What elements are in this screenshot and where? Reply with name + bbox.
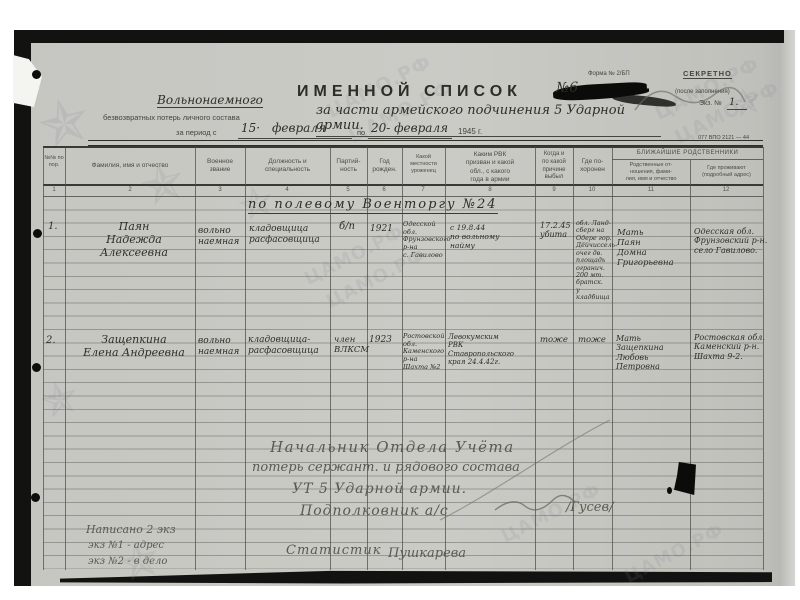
column-line xyxy=(65,147,66,570)
column-line xyxy=(43,147,44,570)
statistician-label: Статистик xyxy=(286,543,381,559)
period-year: 1945 г. xyxy=(458,127,482,137)
handwritten-category: Вольнонаемного xyxy=(157,93,263,108)
blank-line xyxy=(238,138,352,139)
ink-blot xyxy=(667,487,672,494)
row2-fate: тоже xyxy=(540,335,568,345)
row2-year: 1923 xyxy=(369,335,392,346)
form-number: Форма № 2/БП xyxy=(588,71,630,79)
row2-burial-place: тоже xyxy=(578,335,606,345)
column-line xyxy=(690,160,691,570)
row1-relative: Мать Паян Домна Григорьевна xyxy=(617,228,674,268)
column-header-5: Партий- ность xyxy=(331,158,366,175)
row1-drafted: с 19.8.44 по вольному найму xyxy=(450,224,500,251)
column-number: 6 xyxy=(375,187,393,193)
signature-stroke xyxy=(430,415,650,525)
signature-line-4: Подполковник а/с xyxy=(300,503,449,521)
scan-top-edge xyxy=(14,30,784,43)
statistician-name: Пушкарева xyxy=(388,546,466,562)
row1-party: б/п xyxy=(339,221,355,233)
row1-number: 1. xyxy=(48,221,58,233)
copies-note-line2: экз №1 - адрес xyxy=(88,540,164,553)
period-month-from: февраля xyxy=(272,121,326,135)
row2-duty: кладовщица- расфасовщица xyxy=(248,335,319,356)
column-header-1: №№ по пор. xyxy=(44,155,64,169)
column-number: 4 xyxy=(278,187,296,193)
column-number: 7 xyxy=(414,187,432,193)
scan-left-edge xyxy=(14,30,31,586)
column-header-7: Какой местности уроженец xyxy=(402,154,445,175)
list-number: №6 xyxy=(556,80,578,97)
column-number: 8 xyxy=(481,187,499,193)
column-number: 2 xyxy=(121,187,139,193)
row2-relative-address: Ростовская обл. Каменский р-н. Шахта 9-2… xyxy=(694,333,786,361)
blank-line xyxy=(368,138,452,139)
column-number: 1 xyxy=(45,187,63,193)
column-header-3: Военное звание xyxy=(196,158,244,175)
column-header-6: Год рожден. xyxy=(368,158,401,175)
row1-name: Паян Надежда Алексеевна xyxy=(72,221,196,260)
row1-birthplace: Одесской обл. Фрунзовского р-на с. Гавил… xyxy=(403,221,445,259)
column-header-4: Должность и специальность xyxy=(246,158,329,175)
table-header-underline xyxy=(43,184,763,186)
punch-hole xyxy=(32,363,41,372)
subtitle-handwritten: за части армейского подчинения 5 Ударной… xyxy=(316,103,661,137)
column-number: 12 xyxy=(717,187,735,193)
row2-birthplace: Ростовской обл. Каменского р-на Шахта №2 xyxy=(403,333,445,371)
period-to-value: 20- февраля xyxy=(371,121,448,135)
section-row-title: по полевому Военторгу №24 xyxy=(248,197,498,214)
column-number: 10 xyxy=(583,187,601,193)
row2-drafted: Левокумским РВК Ставропольского края 24.… xyxy=(448,333,534,366)
copies-note-line3: экз №2 - в дело xyxy=(88,556,167,569)
scanned-document-page: ЦАМО.РФ ЦАМО.РФ ЦАМО.РФ ЦАМО.РФ ЦАМО.РФ … xyxy=(0,0,800,600)
column-number: 3 xyxy=(211,187,229,193)
column-number: 9 xyxy=(545,187,563,193)
column-header-11: Родственные от- ношения, фами- лия, имя … xyxy=(613,162,689,183)
relatives-group-header: БЛИЖАЙШИЕ РОДСТВЕННИКИ xyxy=(613,150,762,158)
period-to-label: по xyxy=(357,128,365,137)
row2-name: Защепкина Елена Андреевна xyxy=(72,334,196,360)
row2-party: член ВЛКСМ xyxy=(334,335,369,355)
punch-hole xyxy=(33,229,42,238)
document-title: ИМЕННОЙ СПИСОК xyxy=(297,82,522,102)
punch-hole xyxy=(31,493,40,502)
row2-rank: вольно наемная xyxy=(198,336,239,357)
punch-hole xyxy=(32,70,41,79)
column-number: 11 xyxy=(642,187,660,193)
row1-year: 1921 xyxy=(370,224,393,235)
row2-relative: Мать Защепкина Любовь Петровна xyxy=(616,334,688,372)
copies-note-line1: Написано 2 экз xyxy=(86,523,176,537)
relatives-group-underline xyxy=(612,159,763,160)
column-number: 5 xyxy=(339,187,357,193)
column-header-2: Фамилия, имя и отчество xyxy=(67,162,193,170)
column-header-10: Где по- хоронен xyxy=(574,158,611,175)
table-top-border xyxy=(43,146,763,148)
period-label: за период с xyxy=(176,128,217,137)
period-day-from: 15· xyxy=(241,121,260,135)
column-header-12: Где проживают (подробный адрес) xyxy=(691,165,762,179)
row1-duty: кладовщица расфасовщица xyxy=(249,224,320,245)
row2-number: 2. xyxy=(46,335,56,347)
column-header-8: Каким РВК призван и какой обл., с какого… xyxy=(446,151,534,185)
row1-relative-address: Одесская обл. Фрунзовский р-н. село Гави… xyxy=(694,227,784,255)
subtitle-printed: безвозвратных потерь личного состава xyxy=(103,113,240,122)
column-line xyxy=(245,147,246,570)
column-header-9: Когда и по какой причине выбыл xyxy=(536,151,572,182)
secret-label: СЕКРЕТНО xyxy=(683,69,732,79)
row1-burial-place: обл. Ланд- сберг на Одере гор. Дёйчиссел… xyxy=(576,220,612,302)
row1-rank: вольно наемная xyxy=(198,226,239,247)
row1-fate: 17.2.45 убита xyxy=(540,221,571,240)
